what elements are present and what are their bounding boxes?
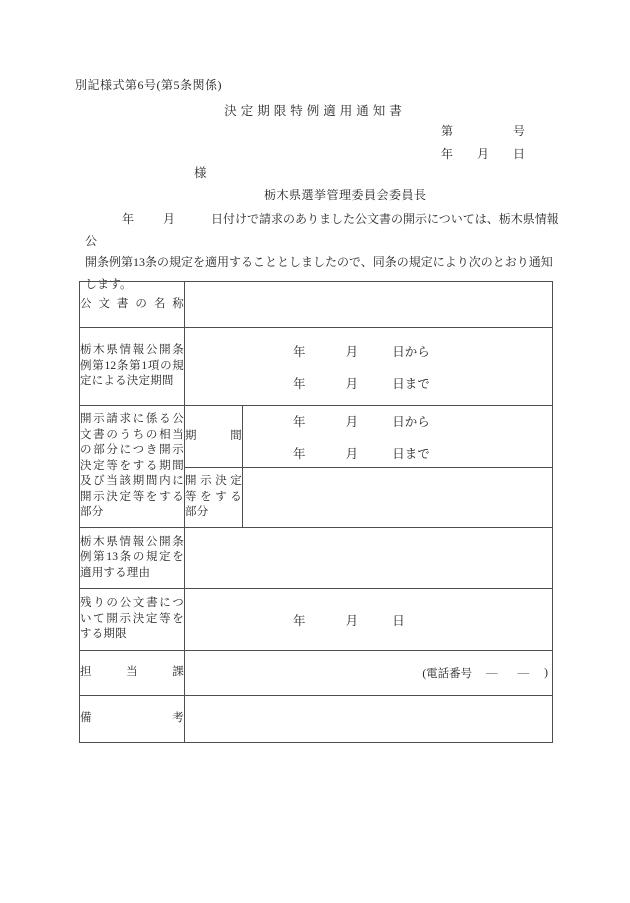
period-to-month: 月 (346, 447, 359, 461)
label-partial-disclosure: 開示請求に係る公文書のうちの相当の部分につき開示決定等をする期間及び当該期間内に… (80, 406, 185, 528)
article12-period-field: 年 月 日から 年 月 日まで (185, 328, 553, 406)
form-number: 別記様式第6号(第5条関係) (75, 76, 222, 93)
date-from-day: 日から (392, 345, 430, 359)
date-to-month: 月 (346, 377, 359, 391)
phone-label-close: ) (544, 667, 548, 679)
document-page: 別記様式第6号(第5条関係) 決定期限特例適用通知書 第 号 年 月 日 様 栃… (0, 0, 630, 903)
responsible-division-field: (電話番号 ― ― ) (185, 651, 553, 696)
label-remarks: 備考 (80, 696, 185, 743)
date-from-year: 年 (293, 345, 306, 359)
period-from-line: 年 月 日から (243, 412, 552, 430)
phone-number-line: (電話番号 ― ― ) (185, 665, 552, 681)
body-line-1: 年 月 日付けで請求のありました公文書の開示については、栃木県情報公 (85, 209, 567, 252)
issue-date-month: 月 (477, 145, 489, 162)
doc-number-line: 第 号 (441, 122, 525, 139)
remarks-field (185, 696, 553, 743)
label-document-name: 公文書の名称 (80, 282, 185, 328)
deadline-date-line: 年 月 日 (185, 611, 552, 629)
addressee-suffix: 様 (194, 163, 207, 181)
remaining-deadline-date: 年 月 日 (185, 611, 552, 629)
issue-date-year: 年 (441, 145, 453, 162)
issue-date-day: 日 (513, 145, 525, 162)
phone-label-open: (電話番号 (422, 665, 472, 681)
label-responsible-division: 担当課 (80, 651, 185, 696)
article12-period-dates: 年 月 日から 年 月 日まで (185, 342, 552, 392)
form-table: 公文書の名称 栃木県情報公開条例第12条第1項の規定による決定期間 年 月 日か… (79, 281, 553, 743)
label-disclosure-parts: 開示決定等をする部分 (185, 468, 243, 528)
row-article13-reason: 栃木県情報公開条例第13条の規定を適用する理由 (80, 528, 553, 589)
date-from-line: 年 月 日から (185, 342, 552, 360)
row-remaining-deadline: 残りの公文書について開示決定等をする期限 年 月 日 (80, 589, 553, 651)
disclosure-parts-field (243, 468, 553, 528)
period-field: 年 月 日から 年 月 日まで (243, 406, 553, 468)
body-blank-year: 年 (122, 212, 134, 226)
row-document-name: 公文書の名称 (80, 282, 553, 328)
body-line-2: 開条例第13条の規定を適用することとしましたので、同条の規定により次のとおり通知 (85, 252, 567, 274)
period-dates: 年 月 日から 年 月 日まで (243, 412, 552, 462)
issue-date-line: 年 月 日 (441, 145, 525, 162)
date-to-line: 年 月 日まで (185, 374, 552, 392)
period-to-line: 年 月 日まで (243, 444, 552, 462)
row-remarks: 備考 (80, 696, 553, 743)
row-partial-disclosure-period: 開示請求に係る公文書のうちの相当の部分につき開示決定等をする期間及び当該期間内に… (80, 406, 553, 468)
label-article13-reason: 栃木県情報公開条例第13条の規定を適用する理由 (80, 528, 185, 589)
deadline-year: 年 (293, 614, 306, 628)
period-to-day: 日まで (392, 447, 430, 461)
document-title: 決定期限特例適用通知書 (0, 101, 630, 119)
deadline-month: 月 (346, 614, 359, 628)
deadline-day: 日 (392, 614, 405, 628)
article13-reason-field (185, 528, 553, 589)
body-line-1-text: 日付けで請求のありました公文書の開示については、栃木県情報公 (85, 212, 559, 248)
phone-dash-1: ― (486, 667, 498, 679)
phone-dash-2: ― (518, 667, 530, 679)
row-responsible-division: 担当課 (電話番号 ― ― ) (80, 651, 553, 696)
period-from-month: 月 (346, 415, 359, 429)
label-period: 期間 (185, 406, 243, 468)
doc-number-prefix: 第 (441, 122, 453, 139)
document-name-field (185, 282, 553, 328)
date-to-year: 年 (293, 377, 306, 391)
doc-number-suffix: 号 (513, 122, 525, 139)
remaining-deadline-field: 年 月 日 (185, 589, 553, 651)
row-article12-period: 栃木県情報公開条例第12条第1項の規定による決定期間 年 月 日から 年 月 日… (80, 328, 553, 406)
sender-name: 栃木県選挙管理委員会委員長 (264, 186, 427, 203)
label-article12-period: 栃木県情報公開条例第12条第1項の規定による決定期間 (80, 328, 185, 406)
date-to-day: 日まで (392, 377, 430, 391)
body-blank-month: 月 (163, 212, 175, 226)
period-to-year: 年 (293, 447, 306, 461)
period-from-day: 日から (392, 415, 430, 429)
period-from-year: 年 (293, 415, 306, 429)
date-from-month: 月 (346, 345, 359, 359)
label-remaining-deadline: 残りの公文書について開示決定等をする期限 (80, 589, 185, 651)
